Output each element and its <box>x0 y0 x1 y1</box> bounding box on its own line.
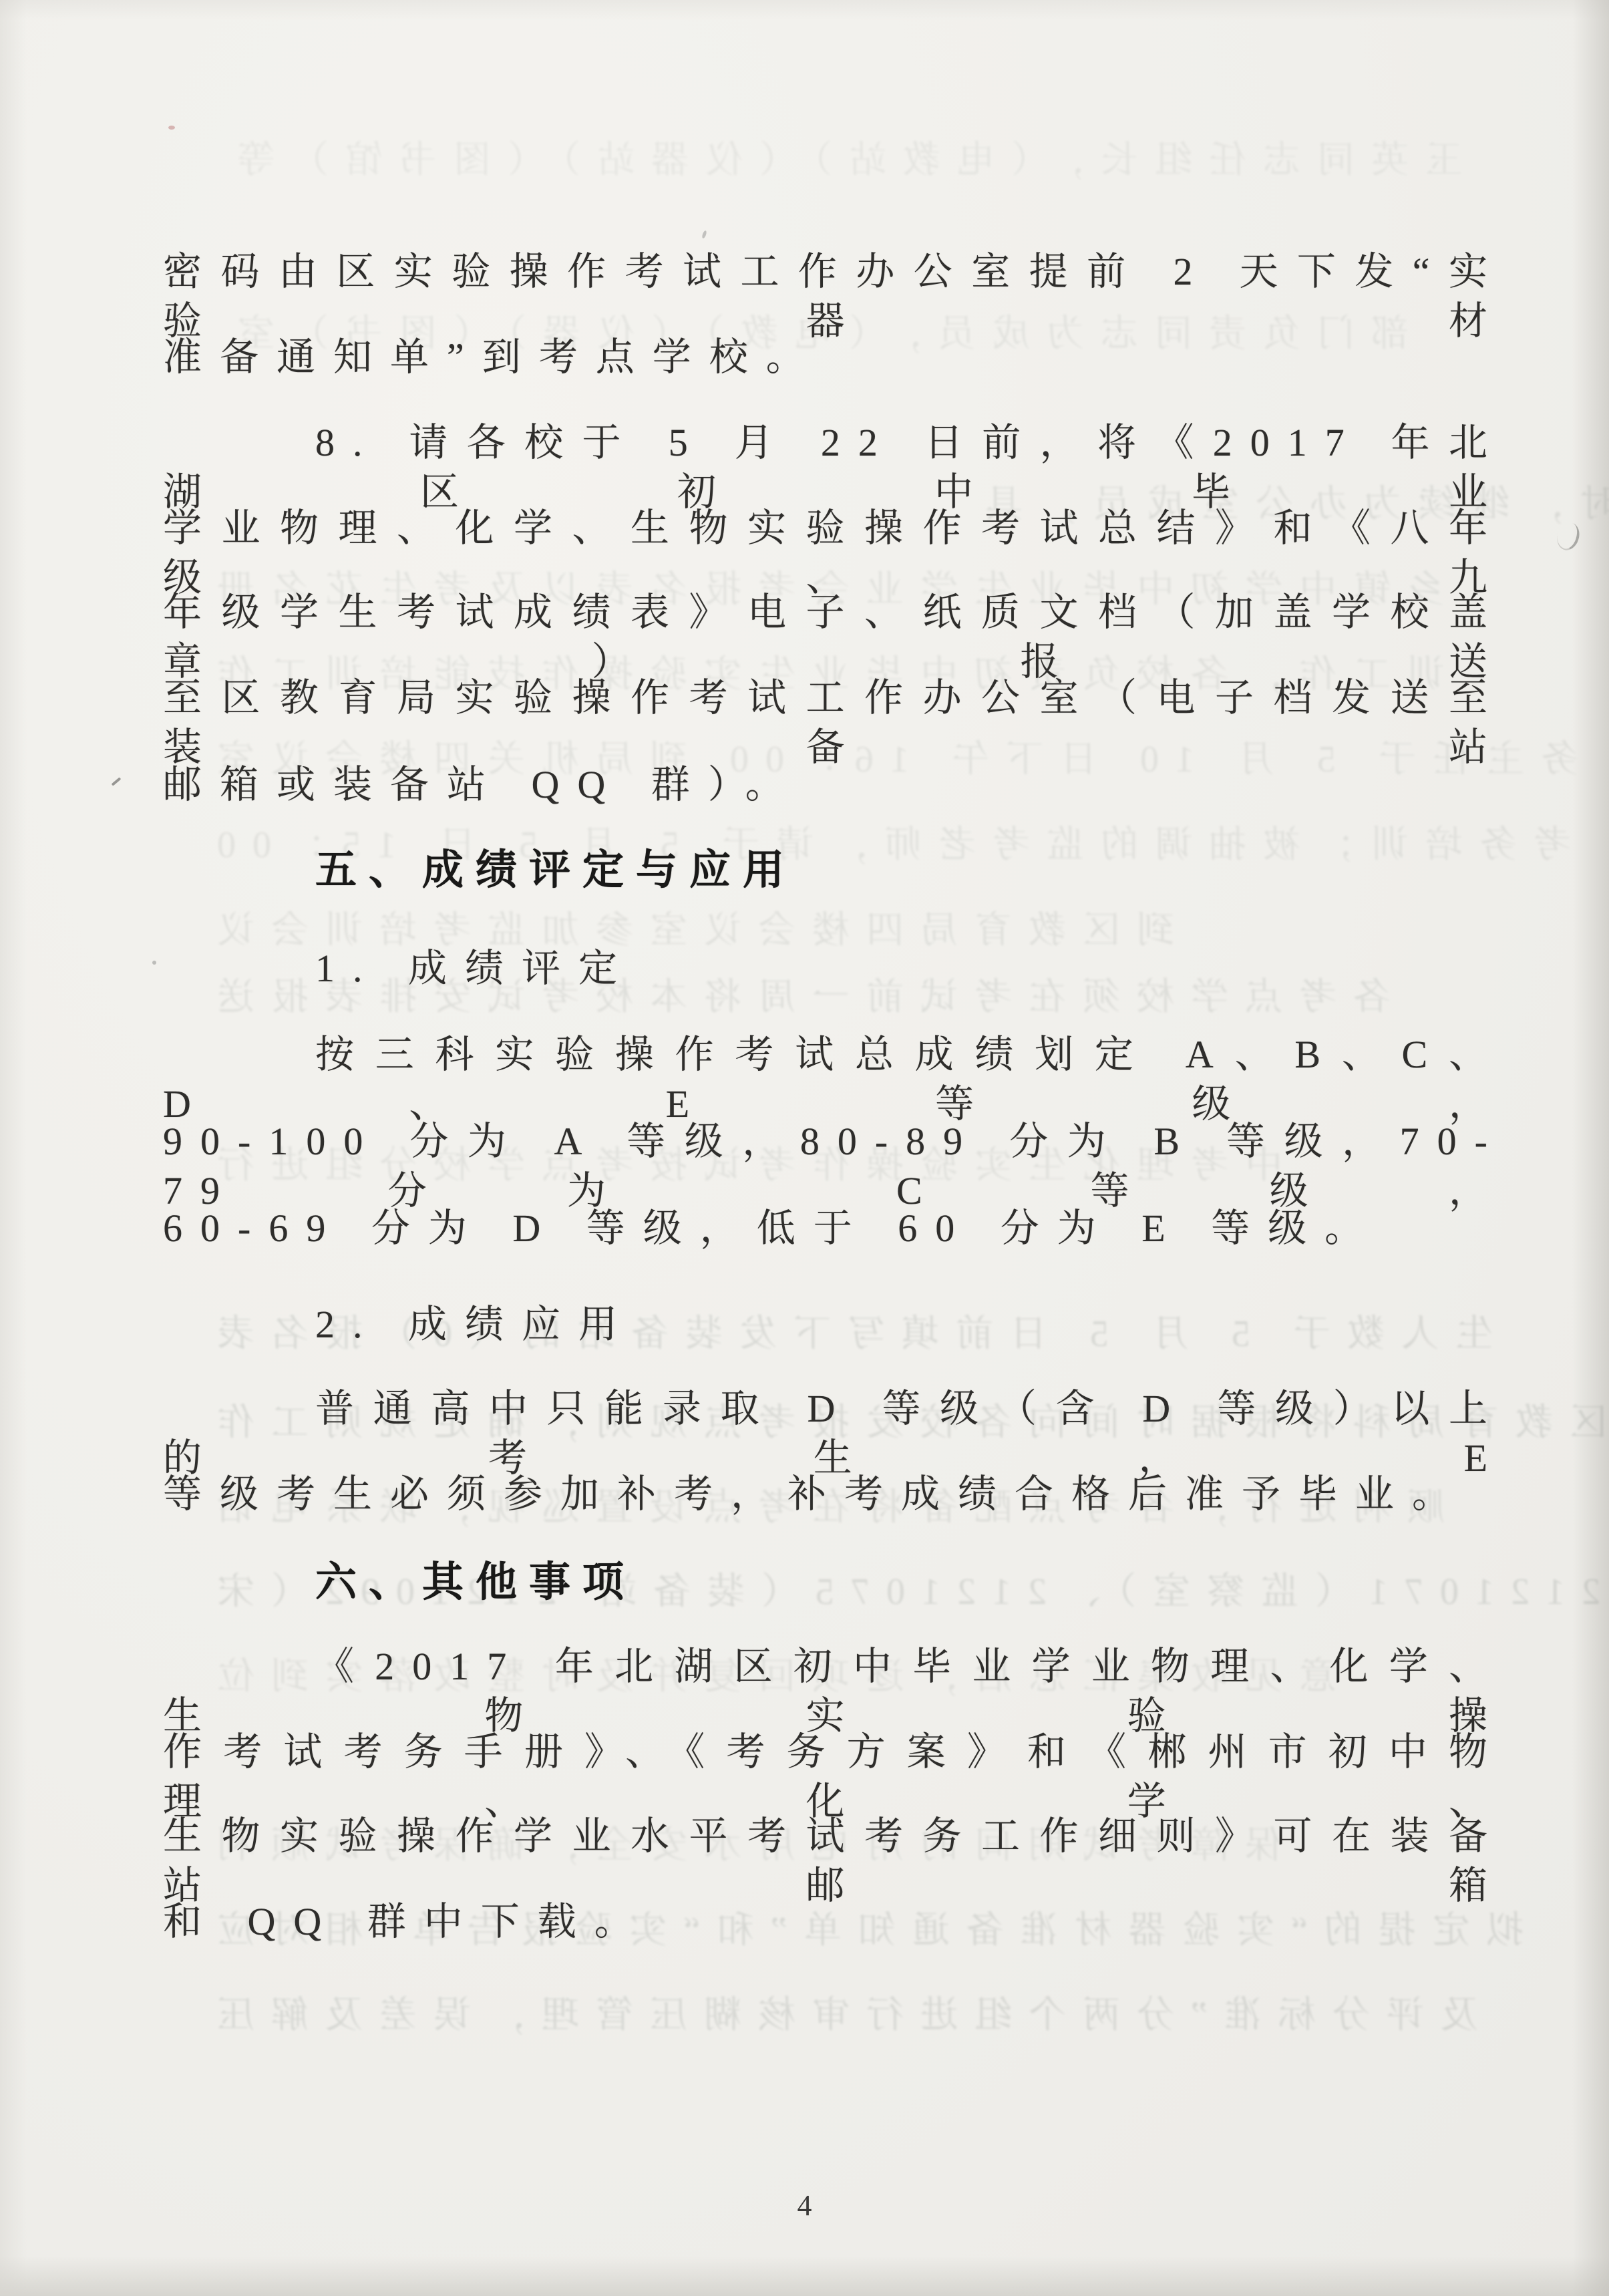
section-heading: 五、成绩评定与应用 <box>163 844 1505 896</box>
scan-speck <box>701 230 707 239</box>
body-line: 至区教育局实验操作考试工作办公室（电子档发送至装备站 <box>163 673 1505 772</box>
body-line: 等级考生必须参加补考，补考成绩合格后准予毕业。 <box>163 1470 1505 1519</box>
body-line: 密码由区实验操作考试工作办公室提前 2 天下发“实验器材 <box>163 247 1505 346</box>
section-heading: 六、其他事项 <box>163 1556 1505 1609</box>
body-line: 年级学生考试成绩表》电子、纸质文档（加盖学校盖章）报送 <box>163 588 1505 687</box>
sub-heading: 2. 成绩应用 <box>163 1300 1505 1349</box>
body-line: 生物实验操作学业水平考试考务工作细则》可在装备站邮箱 <box>163 1812 1505 1911</box>
scan-speck <box>168 126 175 130</box>
page-number: 4 <box>0 2188 1609 2223</box>
body-line: 邮箱或装备站 QQ 群）。 <box>163 760 1505 810</box>
body-line: 8. 请各校于 5 月 22 日前，将《2017 年北湖区初中毕业 <box>163 418 1505 517</box>
sub-heading: 1. 成绩评定 <box>163 944 1505 993</box>
body-line: 90-100 分为 A 等级，80-89 分为 B 等级，70-79 分为 C … <box>163 1117 1505 1216</box>
scanned-document-page: 玉英同志任组长，（电教站）（仪器站）（图书馆）等 部门负责同志为成员，（电教）（… <box>0 0 1609 2296</box>
bleed-through-line: 玉英同志任组长，（电教站）（仪器站）（图书馆）等 <box>220 130 1463 184</box>
body-line: 普通高中只能录取 D 等级（含 D 等级）以上的考生，E <box>163 1384 1505 1483</box>
body-line: 准备通知单”到考点学校。 <box>163 333 1505 382</box>
body-line: 按三科实验操作考试总成绩划定 A、B、C、D、E 等级， <box>163 1030 1505 1129</box>
page-fold-mark <box>1554 520 1582 553</box>
body-line: 和 QQ 群中下载。 <box>163 1897 1505 1947</box>
body-line: 60-69 分为 D 等级，低于 60 分为 E 等级。 <box>163 1204 1505 1253</box>
body-line: 《2017 年北湖区初中毕业学业物理、化学、生物实验操 <box>163 1642 1505 1741</box>
scan-speck <box>152 961 156 965</box>
bleed-through-line: 及评分标准”分两个组进行审核糊压管理，误差及解压 <box>200 1985 1478 2039</box>
scan-speck <box>112 777 122 786</box>
